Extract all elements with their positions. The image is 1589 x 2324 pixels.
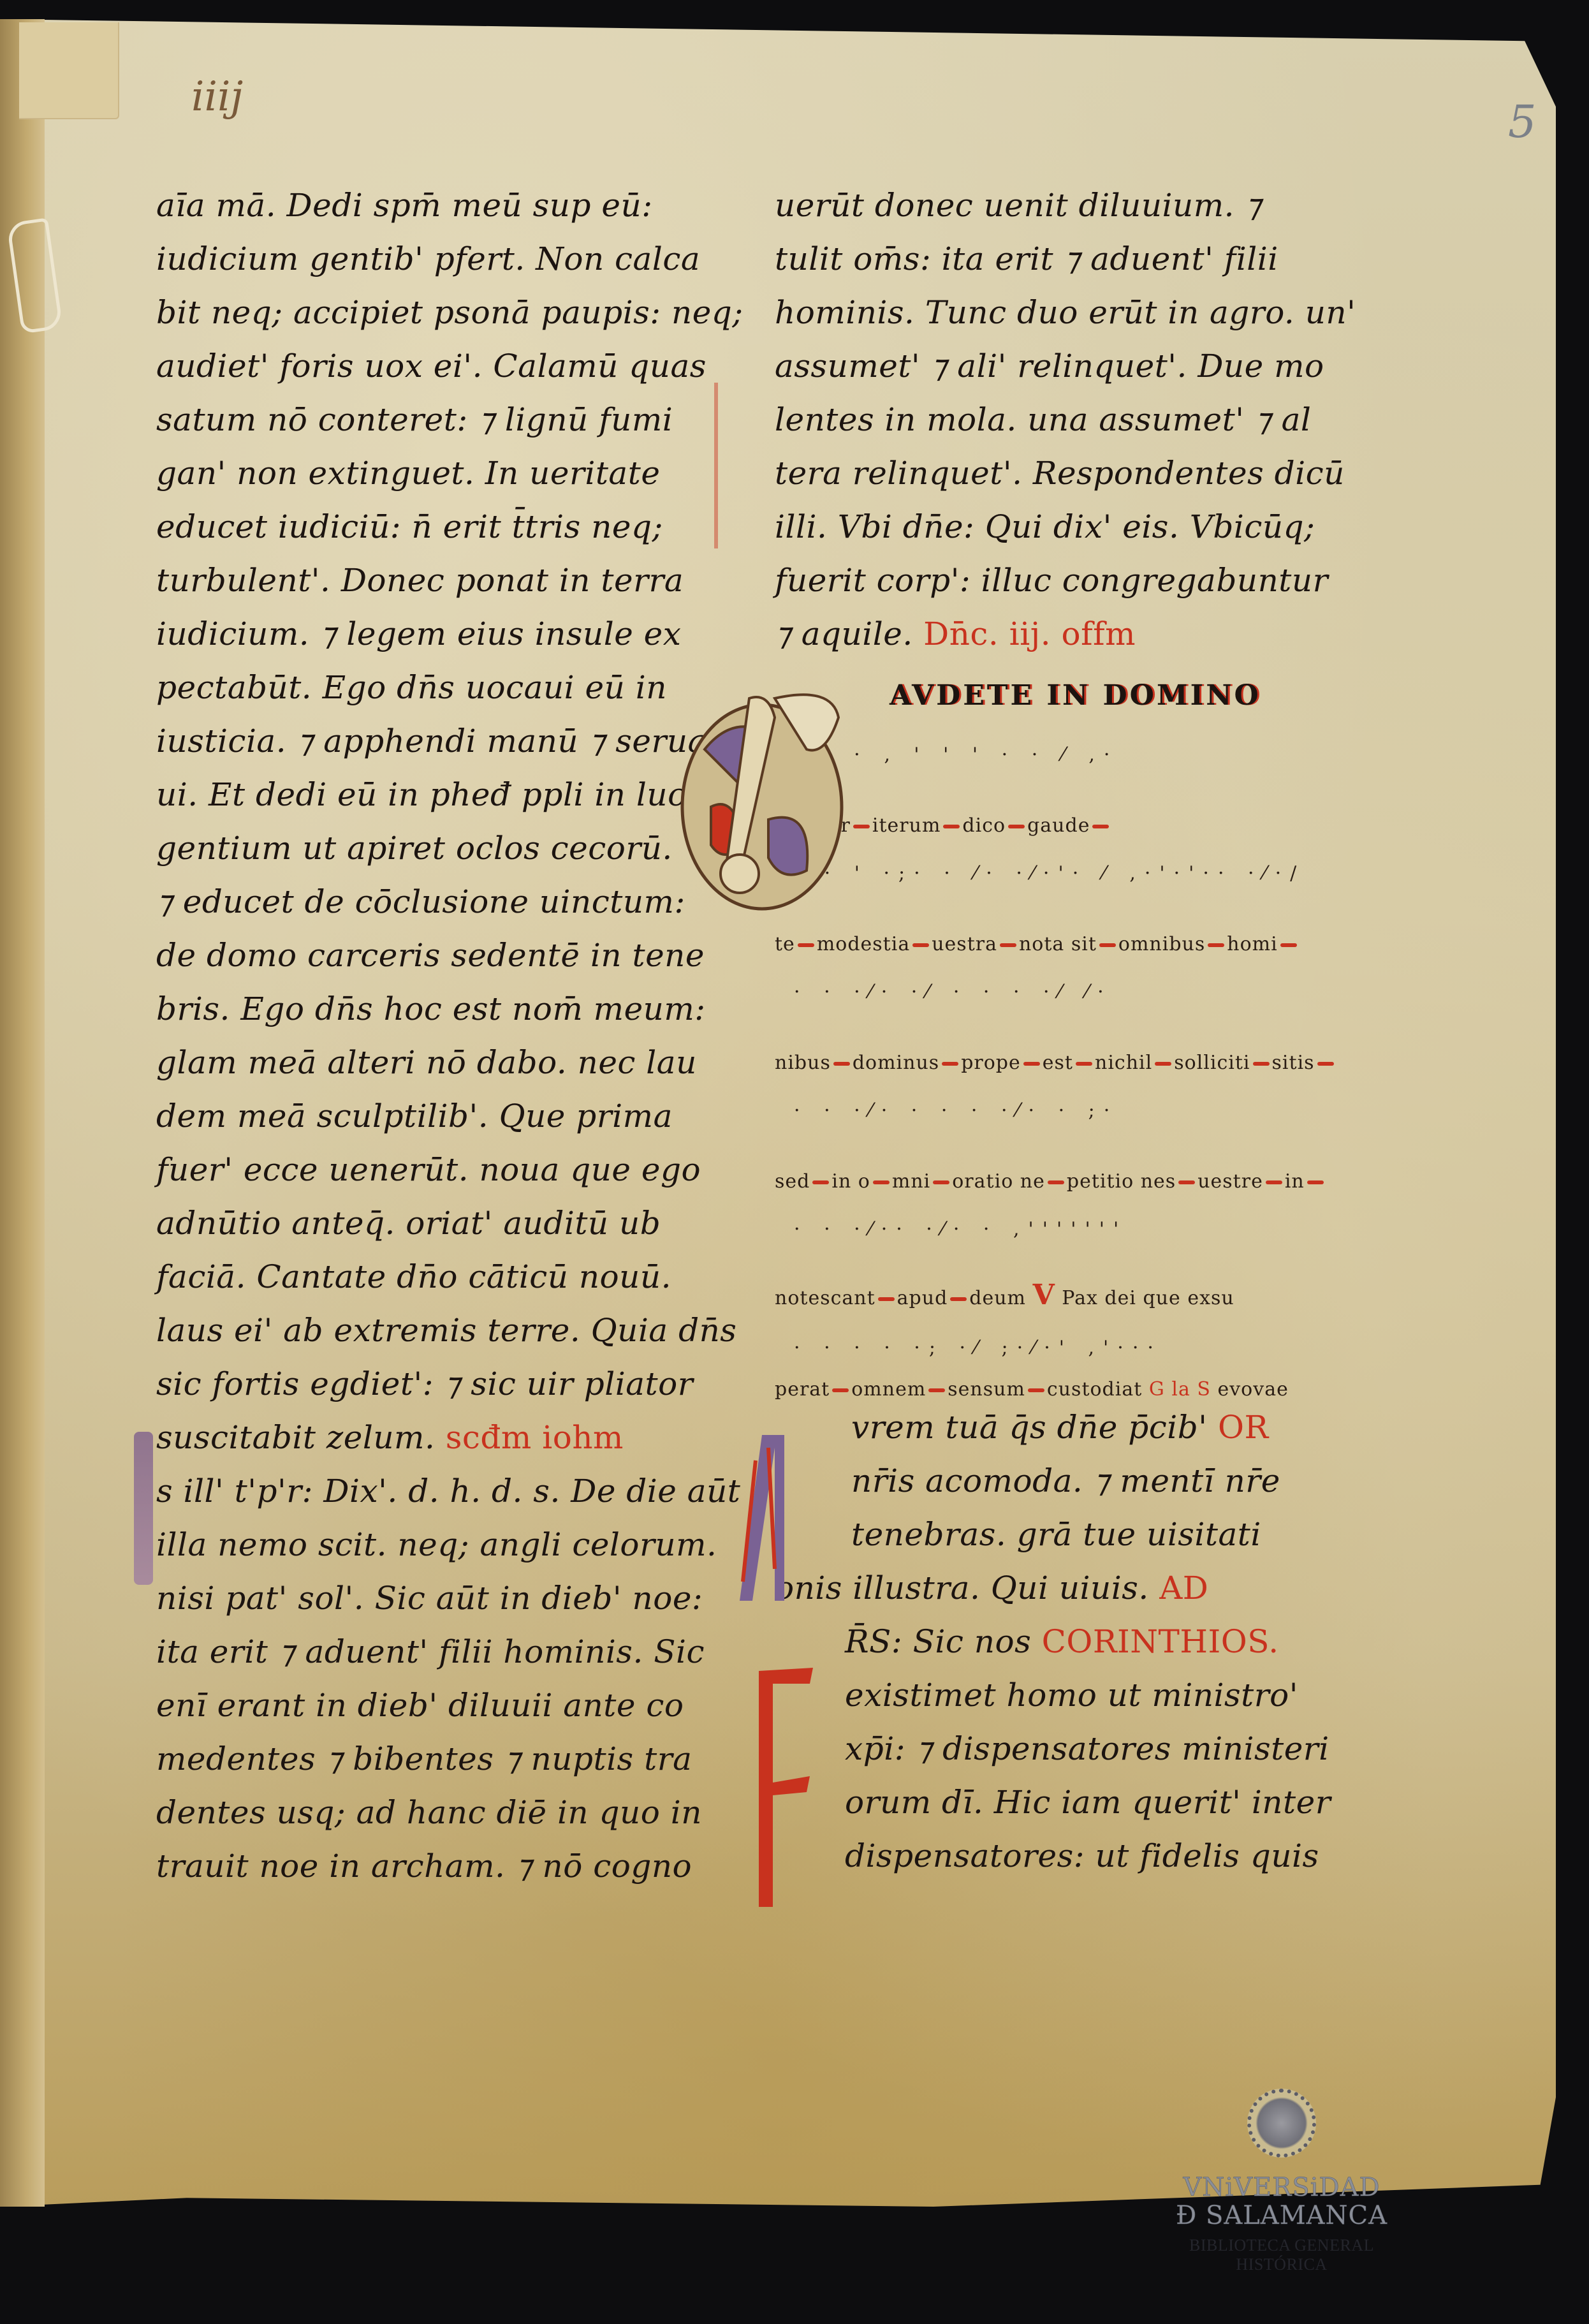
text-line: medentes ⁊ bibentes ⁊ nuptis tra: [156, 1732, 705, 1786]
text-line: dem meā sculptilib'. Que prima: [156, 1089, 705, 1143]
text-line: de domo carceris sedentē in tene: [156, 929, 705, 982]
text-line: educet iudiciū: n̄ erit t̄tris neq;: [156, 500, 705, 554]
psalm-tone-rubric: G la S: [1149, 1378, 1211, 1401]
text-line: turbulent'. Donec ponat in terra: [156, 554, 705, 607]
text-segment: suscitabit zelum.: [156, 1419, 435, 1456]
text-line: faciā. Cantate dn̄o cāticū nouū.: [156, 1250, 705, 1304]
text-line: orum dī. Hic iam querit' inter: [845, 1776, 1310, 1829]
neumes: ·;· ' ·;· · ⁄· ·⁄·'· ⁄ ,·'·'·· ·⁄·/: [794, 862, 1310, 913]
left-column: aīa mā. Dedi spm̄ meū sup eū: iudicium g…: [156, 179, 705, 1893]
text-line: xp̄i: ⁊ dispensatores ministeri: [845, 1722, 1310, 1776]
quire-mark: iiij: [191, 73, 243, 121]
collect: vrem tuā q̄s dn̄e p̄cib' OR nr̄is acomod…: [775, 1401, 1310, 1561]
text-line-with-rubric: ⁊ aquile. Dn̄c. iij. offm: [775, 607, 1310, 661]
text-line: audiet' foris uox ei'. Calamū quas: [156, 339, 705, 393]
watermark-line-3: BIBLIOTECA GENERAL HISTÓRICA: [1148, 2236, 1416, 2274]
text-line: fuerit corp': illuc congregabuntur: [775, 554, 1310, 607]
text-line-with-rubric: onis illustra. Qui uiuis. AD: [775, 1561, 1310, 1615]
text-line-with-rubric: R̄S: Sic nos CORINTHIOS.: [845, 1615, 1310, 1668]
red-margin-stroke: [714, 383, 718, 548]
text-line: hominis. Tunc duo erūt in agro. un': [775, 286, 1310, 339]
initial-letter-I-left: [134, 1432, 153, 1585]
right-column: uerūt donec uenit diluuium. ⁊ tulit om̄s…: [775, 179, 1310, 1883]
text-line: iudicium gentib' pfert. Non calca: [156, 232, 705, 286]
epistle: R̄S: Sic nos CORINTHIOS. existimet homo …: [775, 1615, 1310, 1883]
neumes: · · ·⁄·· ·⁄· · ,''''''': [794, 1218, 1310, 1269]
text-line: assumet' ⁊ ali' relinquet'. Due mo: [775, 339, 1310, 393]
rubric-gospel-john: scđm iohm: [446, 1419, 624, 1456]
text-line: adnūtio anteq̄. oriat' auditū ub: [156, 1196, 705, 1250]
rubric-oratio: OR: [1218, 1409, 1269, 1446]
text-line: nr̄is acomoda. ⁊ mentī nr̄e: [851, 1454, 1310, 1508]
text-line: satum nō conteret: ⁊ lignū fumi: [156, 393, 705, 446]
text-line-with-rubric: vrem tuā q̄s dn̄e p̄cib' OR: [851, 1401, 1310, 1454]
parchment-repair-patch: [19, 22, 119, 119]
binding-gutter: [0, 19, 45, 2207]
text-segment: ⁊ aquile.: [775, 615, 913, 652]
text-line: fuer' ecce uenerūt. noua que ego: [156, 1143, 705, 1196]
chant-lyrics: nibusdominuspropeestnichilsollicitisitis: [775, 1052, 1336, 1074]
rubric-ad: AD: [1159, 1570, 1208, 1607]
text-line: dispensatores: ut fidelis quis: [845, 1829, 1310, 1883]
text-line: tera relinquet'. Respondentes dicū: [775, 446, 1310, 500]
rubric-sunday-offertory: Dn̄c. iij. offm: [923, 615, 1136, 652]
text-line: tulit om̄s: ita erit ⁊ aduent' filii: [775, 232, 1310, 286]
text-line: dentes usq; ad hanc diē in quo in: [156, 1786, 705, 1839]
chant-lyrics: peratomnemsensumcustodiat G la S evovae: [775, 1378, 1289, 1401]
text-line: ita erit ⁊ aduent' filii hominis. Sic: [156, 1625, 705, 1679]
text-line: lentes in mola. una assumet' ⁊ al: [775, 393, 1310, 446]
text-line: nisi pat' sol'. Sic aūt in dieb' noe:: [156, 1571, 705, 1625]
text-line: s ill' t'p'r: Dix'. d. h. d. s. De die a…: [156, 1464, 705, 1518]
text-line: aīa mā. Dedi spm̄ meū sup eū:: [156, 179, 705, 232]
text-line: bris. Ego dn̄s hoc est nom̄ meum:: [156, 982, 705, 1036]
text-line: ui. Et dedi eū in pheđ ppli in lucē: [156, 768, 705, 821]
initial-anchor: G: [708, 695, 709, 696]
chant-lyrics: sedin omnioratio nepetitio nesuestrein: [775, 1170, 1326, 1193]
neumes: · · ·⁄· ·⁄ · · · ·⁄ ⁄·: [794, 981, 1310, 1032]
chant-line: · · ·⁄·· ·⁄· · ,''''''' notescantapuddeu…: [775, 1205, 1310, 1324]
text-line: enī erant in dieb' diluuii ante co: [156, 1679, 705, 1732]
text-line: uerūt donec uenit diluuium. ⁊: [775, 179, 1310, 232]
text-line: laus ei' ab extremis terre. Quia dn̄s: [156, 1304, 705, 1357]
university-watermark: VNiVERSiDAD Ð SALAMANCA BIBLIOTECA GENER…: [1148, 2089, 1416, 2274]
text-line: gentium ut apiret oclos cecorū.: [156, 821, 705, 875]
chant-lyrics: temodestiauestranota sitomnibushomi: [775, 933, 1300, 955]
chant-line: · · ·⁄· · · · ·⁄· · ;· sedin omnioratio …: [775, 1087, 1310, 1205]
university-seal-icon: [1247, 2089, 1316, 2158]
initial-letter-F: [752, 1665, 816, 1913]
text-line: pectabūt. Ego dn̄s uocaui eū in: [156, 661, 705, 714]
text-line: iudicium. ⁊ legem eius insule ex: [156, 607, 705, 661]
text-line: iusticia. ⁊ apphendi manū ⁊ serua: [156, 714, 705, 768]
text-line: trauit noe in archam. ⁊ nō cogno: [156, 1839, 705, 1893]
chant-line: · · ·⁄· ·⁄ · · · ·⁄ ⁄· nibusdominusprope…: [775, 968, 1310, 1087]
text-line: illi. Vbi dn̄e: Qui dix' eis. Vbicūq;: [775, 500, 1310, 554]
text-line: glam meā alteri nō dabo. nec lau: [156, 1036, 705, 1089]
text-line: ⁊ educet de cōclusione uinctum:: [156, 875, 705, 929]
initial-letter-A: [736, 1422, 794, 1607]
illuminated-initial-G: [666, 679, 858, 922]
verse-marker: V: [1033, 1279, 1055, 1311]
neumes: · · · ‚ ' ' ' · · ⁄ ,·: [794, 744, 1310, 795]
chant-lyrics: notescantapuddeum V Pax dei que exsu: [775, 1279, 1234, 1311]
text-line: illa nemo scit. neq; angli celorum.: [156, 1518, 705, 1571]
neumes: · · ·⁄· · · · ·⁄· · ;·: [794, 1099, 1310, 1151]
text-line: tenebras. grā tue uisitati: [851, 1508, 1310, 1561]
text-line: bit neq; accipiet psonā paupis: neq;: [156, 286, 705, 339]
rubric-corinthios: CORINTHIOS.: [1042, 1623, 1279, 1660]
watermark-line-1: VNiVERSiDAD: [1148, 2173, 1416, 2202]
text-line-with-rubric: suscitabit zelum. scđm iohm: [156, 1411, 705, 1464]
watermark-line-2: Ð SALAMANCA: [1148, 2202, 1416, 2230]
chant-line: · · · · ·; ·⁄ ;·⁄·' ,'··· peratomnemsens…: [775, 1324, 1310, 1401]
text-line: existimet homo ut ministro': [845, 1668, 1310, 1722]
text-line: sic fortis egdiet': ⁊ sic uir pliator: [156, 1357, 705, 1411]
text-line: gan' non extinguet. In ueritate: [156, 446, 705, 500]
folio-number: 5: [1508, 96, 1537, 148]
